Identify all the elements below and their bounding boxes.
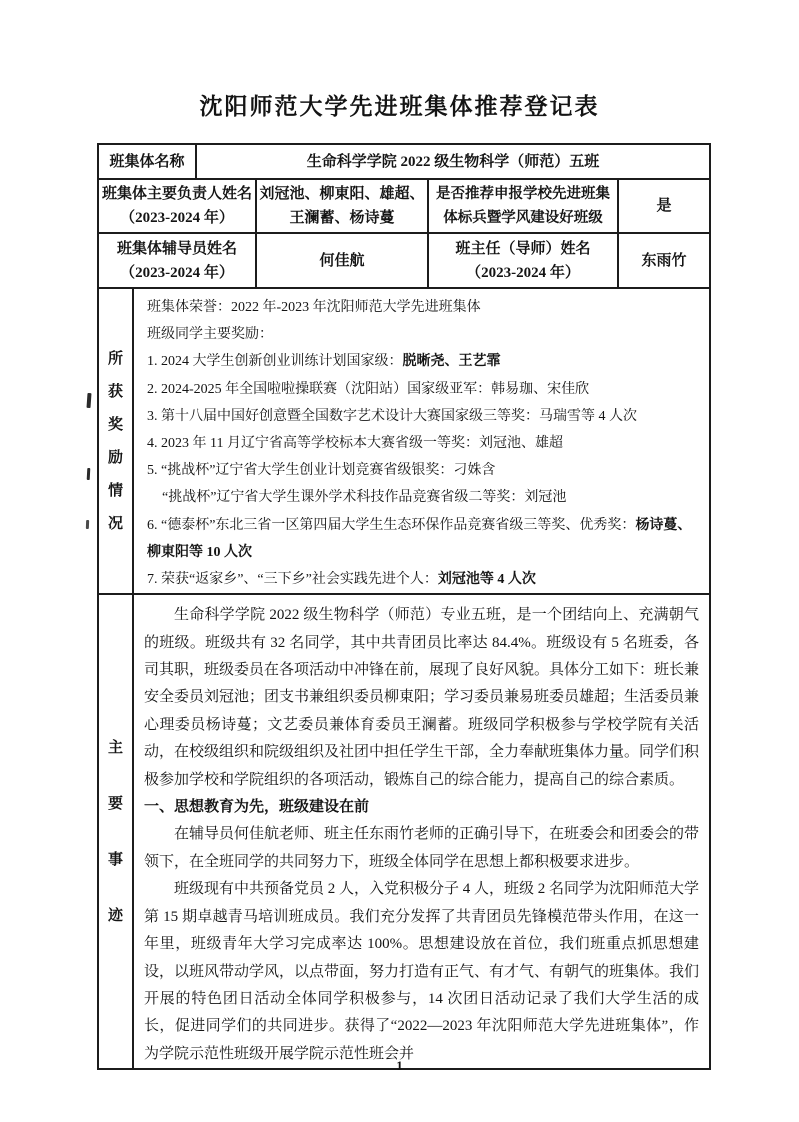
- page-title: 沈阳师范大学先进班集体推荐登记表: [0, 88, 799, 121]
- advisor-label: 班集体辅导员姓名 （2023-2024 年）: [98, 233, 256, 288]
- class-name-label: 班集体名称: [98, 144, 196, 179]
- recommend-value: 是: [618, 179, 710, 233]
- award-line: 4. 2023 年 11 月辽宁省高等学校标本大赛省级一等奖：刘冠池、雄超: [147, 430, 701, 457]
- deeds-vertical-char: 迹: [108, 908, 123, 924]
- awards-vertical-char: 励: [108, 450, 123, 466]
- awards-vertical-char: 获: [108, 384, 123, 400]
- deeds-vertical-char: 事: [108, 852, 123, 868]
- awards-vertical-label: 所 获 奖 励 情 况: [98, 288, 133, 594]
- leaders-row: 班集体主要负责人姓名 （2023-2024 年） 刘冠池、柳東阳、雄超、 王澜蓄…: [98, 179, 710, 233]
- deeds-vertical-char: 要: [108, 796, 123, 812]
- advisor-row: 班集体辅导员姓名 （2023-2024 年） 何佳航 班主任（导师）姓名 （20…: [98, 233, 710, 288]
- awards-content: 班集体荣誉：2022 年-2023 年沈阳师范大学先进班集体 班级同学主要奖励：…: [133, 288, 710, 594]
- award-line: 柳東阳等 10 人次: [147, 539, 701, 566]
- deeds-paragraph-1: 生命科学学院 2022 级生物科学（师范）专业五班，是一个团结向上、充满朝气的班…: [144, 602, 699, 794]
- leaders-label: 班集体主要负责人姓名 （2023-2024 年）: [98, 179, 256, 233]
- scan-artifact: [87, 468, 91, 480]
- recommend-label-line1: 是否推荐申报学校先进班集: [429, 182, 617, 206]
- recommend-label: 是否推荐申报学校先进班集 体标兵暨学风建设好班级: [428, 179, 618, 233]
- leaders-label-line1: 班集体主要负责人姓名: [99, 182, 255, 206]
- award-line: 5. “挑战杯”辽宁省大学生创业计划竞赛省级银奖：刁姝含: [147, 457, 701, 484]
- award-line: 班集体荣誉：2022 年-2023 年沈阳师范大学先进班集体: [147, 294, 701, 321]
- deeds-content: 生命科学学院 2022 级生物科学（师范）专业五班，是一个团结向上、充满朝气的班…: [133, 594, 710, 1069]
- head-teacher-label-year: （2023-2024 年）: [429, 261, 617, 285]
- scan-artifact: [86, 520, 89, 529]
- leaders-names-line1: 刘冠池、柳東阳、雄超、: [257, 182, 427, 206]
- awards-vertical-char: 情: [108, 483, 123, 499]
- scan-artifact: [86, 393, 91, 408]
- head-teacher-label-line1: 班主任（导师）姓名: [429, 237, 617, 261]
- award-line: 1. 2024 大学生创新创业训练计划国家级：脱晰尧、王艺霏: [147, 348, 701, 375]
- deeds-row: 主 要 事 迹 生命科学学院 2022 级生物科学（师范）专业五班，是一个团结向…: [98, 594, 710, 1069]
- leaders-label-year: （2023-2024 年）: [99, 206, 255, 230]
- document-page: 沈阳师范大学先进班集体推荐登记表 班集体名称 生命科学学院 2022 级生物科学…: [0, 0, 799, 1122]
- awards-vertical-char: 况: [108, 516, 123, 532]
- class-name-row: 班集体名称 生命科学学院 2022 级生物科学（师范）五班: [98, 144, 710, 179]
- award-line: 3. 第十八届中国好创意暨全国数字艺术设计大赛国家级三等奖：马瑞雪等 4 人次: [147, 403, 701, 430]
- awards-vertical-char: 所: [108, 351, 123, 367]
- award-line: 7. 荣获“返家乡”、“三下乡”社会实践先进个人：刘冠池等 4 人次: [147, 566, 701, 593]
- deeds-vertical-char: 主: [108, 740, 123, 756]
- page-number: 1: [0, 1058, 799, 1074]
- award-line: 班级同学主要奖励：: [147, 321, 701, 348]
- advisor-label-year: （2023-2024 年）: [99, 261, 255, 285]
- head-teacher-label: 班主任（导师）姓名 （2023-2024 年）: [428, 233, 618, 288]
- award-line: “挑战杯”辽宁省大学生课外学术科技作品竞赛省级二等奖：刘冠池: [147, 484, 701, 511]
- awards-row: 所 获 奖 励 情 况 班集体荣誉：2022 年-2023 年沈阳师范大学先进班…: [98, 288, 710, 594]
- leaders-names-line2: 王澜蓄、杨诗蔓: [257, 206, 427, 230]
- award-line: 2. 2024-2025 年全国啦啦操联赛（沈阳站）国家级亚军：韩易珈、宋佳欣: [147, 376, 701, 403]
- head-teacher-name: 东雨竹: [618, 233, 710, 288]
- advisor-name: 何佳航: [256, 233, 428, 288]
- deeds-paragraph-2: 在辅导员何佳航老师、班主任东雨竹老师的正确引导下，在班委会和团委会的带领下，在全…: [144, 821, 699, 876]
- award-line: 6. “德泰杯”东北三省一区第四届大学生生态环保作品竞赛省级三等奖、优秀奖：杨诗…: [147, 512, 701, 539]
- advisor-label-line1: 班集体辅导员姓名: [99, 237, 255, 261]
- leaders-names: 刘冠池、柳東阳、雄超、 王澜蓄、杨诗蔓: [256, 179, 428, 233]
- awards-vertical-char: 奖: [108, 417, 123, 433]
- deeds-heading-1: 一、思想教育为先，班级建设在前: [144, 794, 699, 821]
- registration-form-table: 班集体名称 生命科学学院 2022 级生物科学（师范）五班 班集体主要负责人姓名…: [97, 143, 711, 1070]
- deeds-paragraph-3: 班级现有中共预备党员 2 人，入党积极分子 4 人，班级 2 名同学为沈阳师范大…: [144, 876, 699, 1068]
- recommend-label-line2: 体标兵暨学风建设好班级: [429, 206, 617, 230]
- class-name-value: 生命科学学院 2022 级生物科学（师范）五班: [196, 144, 710, 179]
- deeds-vertical-label: 主 要 事 迹: [98, 594, 133, 1069]
